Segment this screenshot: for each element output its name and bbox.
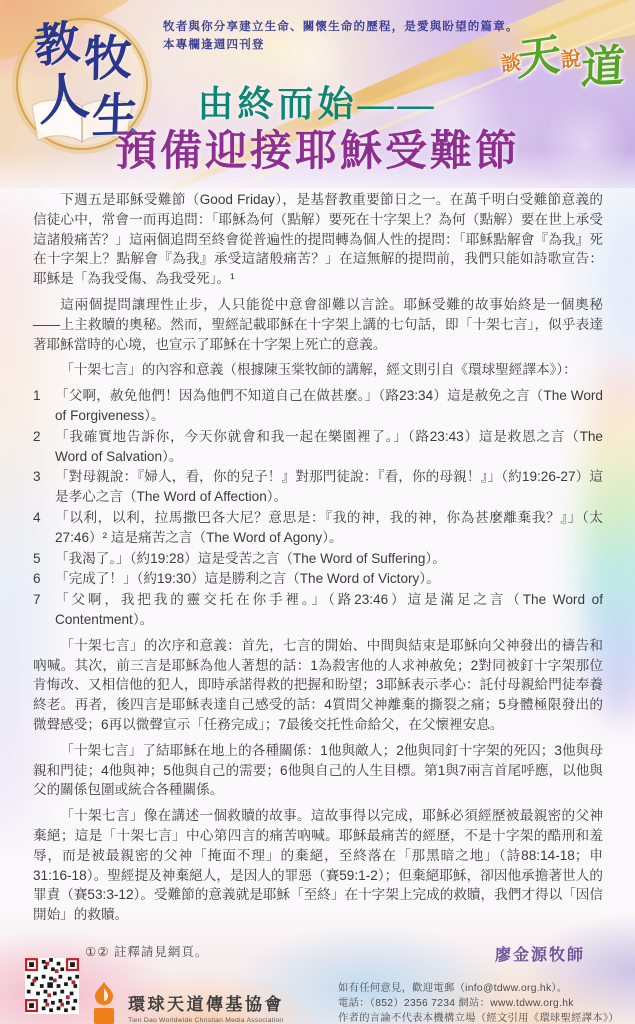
org-logo-block: 環球天道傳基協會 Tien Dao Worldwide Christian Me… [90, 982, 284, 1024]
article-body: 下週五是耶穌受難節（Good Friday），是基督教重要節日之一。在萬千明白受… [33, 190, 603, 938]
contact-info: 如有任何意見，歡迎電郵（info@tdww.org.hk）。 電話：（852）2… [338, 982, 619, 1024]
seven-words-item: 7 「父啊，我把我的靈交托在你手裡。」（路23:46）這是滿足之言（The Wo… [33, 590, 603, 630]
tagline-line1: 牧者與你分享建立生命、關懷生命的歷程，是愛與盼望的篇章。 [163, 18, 519, 36]
seven-words-item: 2 「我確實地告訴你，今天你就會和我一起在樂園裡了。」（路23:43）這是救恩之… [33, 427, 603, 467]
seven-words-item: 6 「完成了！」（約19:30）這是勝利之言（The Word of Victo… [33, 569, 603, 589]
org-name: 環球天道傳基協會 [128, 990, 284, 1015]
footnote-text: ①② 註釋請見網頁。 [85, 942, 208, 960]
item-number: 4 [33, 508, 55, 548]
seven-words-item: 1 「父啊，赦免他們！因為他們不知道自己在做甚麼。」（路23:34）這是赦免之言… [33, 386, 603, 426]
org-name-english: Tien Dao Worldwide Christian Media Assoc… [128, 1017, 284, 1024]
item-text: 「父啊，赦免他們！因為他們不知道自己在做甚麼。」（路23:34）這是赦免之言（T… [55, 386, 603, 426]
item-text: 「以利，以利，拉馬撒巴各大尼？意思是：『我的神，我的神，你為甚麼離棄我？』」（太… [55, 508, 603, 548]
seven-words-item: 5 「我渴了。」（約19:28）這是受苦之言（The Word of Suffe… [33, 549, 603, 569]
magazine-page: 教 牧 人 生 牧者與你分享建立生命、關懷生命的歷程，是愛與盼望的篇章。 本專欄… [0, 0, 635, 1024]
item-text: 「我確實地告訴你，今天你就會和我一起在樂園裡了。」（路23:43）這是救恩之言（… [55, 427, 603, 467]
contact-email-line: 如有任何意見，歡迎電郵（info@tdww.org.hk）。 [338, 982, 619, 997]
author-name: 廖金源牧師 [495, 942, 585, 965]
item-number: 7 [33, 590, 55, 630]
paragraph: 「十架七言」了結耶穌在地上的各種關係：1他與敵人；2他與同釘十字架的死囚；3他與… [33, 741, 603, 800]
seven-words-item: 4 「以利，以利，拉馬撒巴各大尼？意思是：『我的神，我的神，你為甚麼離棄我？』」… [33, 508, 603, 548]
article-title-line2: 預備迎接耶穌受難節 [0, 118, 635, 178]
org-name-block: 環球天道傳基協會 Tien Dao Worldwide Christian Me… [128, 990, 284, 1024]
candle-flame-logo-icon [90, 982, 118, 1024]
item-text: 「對母親說：『婦人，看，你的兒子！』對那門徒說：『看，你的母親！』」（約19:2… [55, 467, 603, 507]
item-number: 1 [33, 386, 55, 426]
paragraph: 「十架七言」像在講述一個救贖的故事。這故事得以完成，耶穌必須經歷被最親密的父神棄… [33, 806, 603, 925]
item-text: 「完成了！」（約19:30）這是勝利之言（The Word of Victory… [55, 569, 603, 589]
tagline-line2: 本專欄逢週四刊登 [163, 36, 519, 54]
paragraph: 這兩個提問讓理性止步，人只能從中意會卻難以言詮。耶穌受難的故事始終是一個奧秘——… [33, 295, 603, 354]
item-number: 3 [33, 467, 55, 507]
seven-words-item: 3 「對母親說：『婦人，看，你的兒子！』對那門徒說：『看，你的母親！』」（約19… [33, 467, 603, 507]
paragraph: 「十架七言」的內容和意義（根據陳玉棠牧師的講解，經文則引自《環球聖經譯本》）： [33, 360, 603, 380]
item-number: 5 [33, 549, 55, 569]
item-number: 2 [33, 427, 55, 467]
column-tagline: 牧者與你分享建立生命、關懷生命的歷程，是愛與盼望的篇章。 本專欄逢週四刊登 [163, 18, 519, 54]
paragraph: 下週五是耶穌受難節（Good Friday），是基督教重要節日之一。在萬千明白受… [33, 190, 603, 289]
item-text: 「父啊，我把我的靈交托在你手裡。」（路23:46）這是滿足之言（The Word… [55, 590, 603, 630]
brand-logo-char: 說 [560, 49, 581, 70]
qr-code-icon [25, 958, 79, 1014]
item-number: 6 [33, 569, 55, 589]
item-text: 「我渴了。」（約19:28）這是受苦之言（The Word of Sufferi… [55, 549, 603, 569]
footnote-row: ①② 註釋請見網頁。 廖金源牧師 [33, 942, 603, 965]
paragraph: 「十架七言」的次序和意義：首先，七言的開始、中間與結束是耶穌向父神發出的禱告和吶… [33, 636, 603, 735]
contact-phone-website-line: 電話：（852）2356 7234 網站：www.tdww.org.hk [338, 997, 619, 1012]
column-logo-char: 教 [33, 19, 81, 71]
disclaimer-line: 作者的言論不代表本機構立場（經文引用《環球聖經譯本》） [338, 1012, 619, 1024]
